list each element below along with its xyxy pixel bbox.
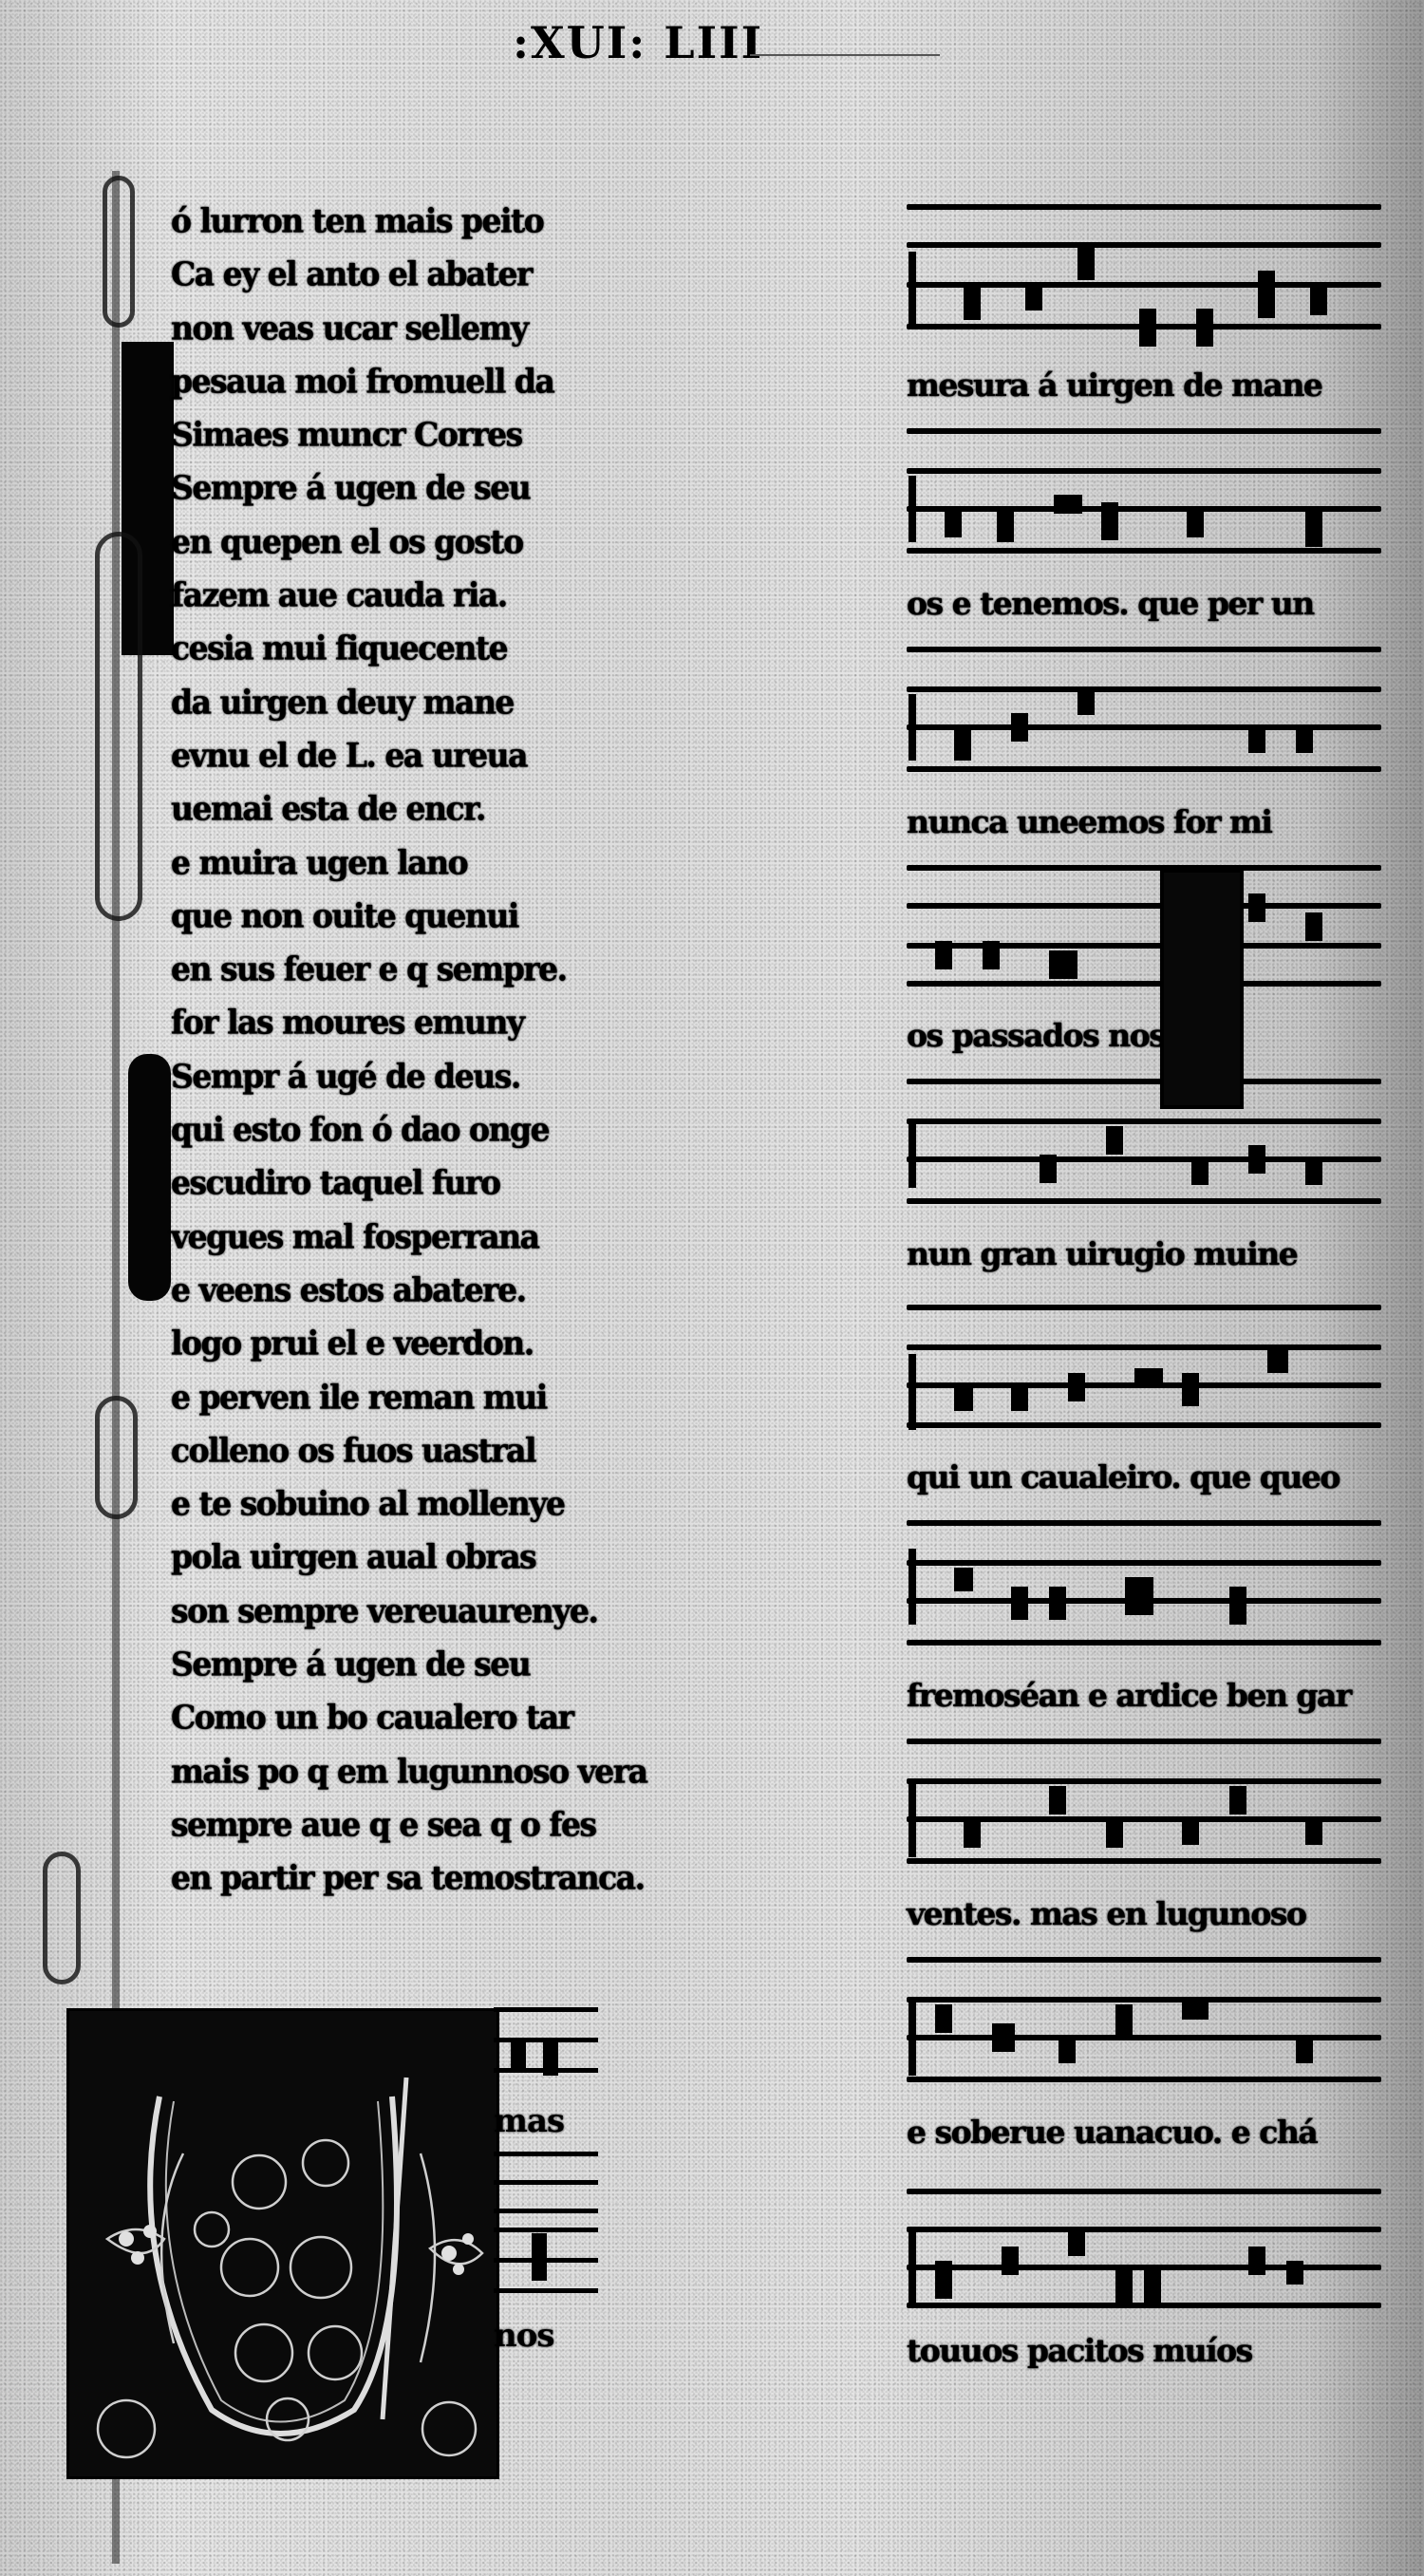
music-staff [494,2224,598,2309]
note-neume-icon [1049,950,1077,979]
lyric-line: fremoséan e ardice ben gar [907,1672,1381,1729]
note-neume-icon [1139,309,1156,347]
text-line: evnu el de L. ea ureua [171,728,617,784]
music-staff [907,1288,1381,1454]
text-line: escudiro taquel furo [171,1156,617,1212]
text-line: fazem aue cauda ria. [171,568,617,624]
header-rule [750,54,940,56]
note-neume-icon [1040,1155,1057,1183]
music-staff [907,1511,1381,1672]
note-neume-icon [532,2233,547,2281]
note-neume-icon [1267,1344,1288,1373]
note-neume-icon [954,1382,973,1411]
music-system: os passados nos un [907,856,1381,1069]
lyric-fragment: nos [494,2315,598,2357]
note-neume-icon [1011,1382,1028,1411]
note-neume-icon [954,727,971,761]
note-neume-icon [1106,1819,1123,1848]
note-neume-icon [964,1819,981,1848]
text-line: e te sobuino al mollenye [171,1476,617,1532]
text-line: Sempr á ugé de deus. [171,1048,617,1104]
note-neume-icon [997,509,1014,542]
text-line: Sempre á ugen de seu [171,461,617,517]
note-neume-icon [1134,1368,1163,1387]
note-neume-icon [1305,1816,1322,1845]
text-line: da uirgen deuy mane [171,674,617,730]
note-neume-icon [964,282,981,320]
text-line: ó lurron ten mais peito [171,194,617,250]
note-neume-icon [1115,2004,1133,2038]
note-neume-icon [1248,1145,1265,1174]
clef-icon [909,2000,916,2076]
clef-icon [909,476,916,542]
note-neume-icon [1002,2247,1019,2275]
text-line: qui esto fon ó dao onge [171,1102,617,1158]
music-staff [494,2003,598,2095]
folio-header: :XUI: LIII [513,21,763,65]
text-line: en sus feuer e q sempre. [171,942,617,998]
mini-staves-column: mas nos [494,2003,598,2357]
note-neume-icon [1011,713,1028,742]
music-system: os e tenemos. que per un [907,419,1381,637]
note-neume-icon [1182,1373,1199,1406]
lyric-line: e soberue uanacuo. e chá [907,2109,1381,2166]
note-neume-icon [1229,1587,1246,1625]
note-neume-icon [511,2038,526,2068]
text-line: en quepen el os gosto [171,514,617,570]
text-line: Simaes muncr Corres [171,407,617,463]
clef-icon [909,1121,916,1188]
text-line: son sempre vereuaurenye. [171,1583,617,1639]
note-neume-icon [1068,1373,1085,1401]
text-line: en partir per sa temostranca. [171,1851,617,1907]
lyric-fragment: mas [494,2100,598,2142]
music-staff [907,2166,1381,2327]
music-staff [907,1947,1381,2109]
margin-ornament-loop [95,532,142,921]
note-neume-icon [1059,2035,1076,2063]
text-line: pesaua moi fromuell da [171,353,617,409]
note-neume-icon [1068,2228,1085,2256]
clef-icon [909,1781,916,1857]
note-neume-icon [1182,1816,1199,1845]
text-line: e veens estos abatere. [171,1263,617,1319]
note-neume-icon [935,2004,952,2033]
note-neume-icon [1106,1126,1123,1155]
text-line: que non ouite quenui [171,888,617,944]
music-staff [907,1729,1381,1890]
note-neume-icon [1248,724,1265,753]
note-neume-icon [543,2038,558,2076]
note-neume-icon [945,509,962,537]
text-line: logo prui el e veerdon. [171,1316,617,1372]
margin-ornament-loop [103,176,135,328]
text-line: Ca ey el anto el abater [171,247,617,303]
note-neume-icon [1196,309,1213,347]
note-neume-icon [1049,1587,1066,1620]
note-neume-icon [1144,2270,1161,2308]
music-staff [907,1069,1381,1231]
music-staff [907,195,1381,362]
text-line: mais po q em lugunnoso vera [171,1743,617,1799]
note-neume-icon [1187,509,1204,537]
margin-ornament-pendant [128,1054,171,1301]
note-neume-icon [1305,912,1322,941]
filigree-initial-icon [69,2011,497,2476]
note-neume-icon [1011,1587,1028,1620]
decorative-vertical-bar [1160,869,1244,1109]
music-system: fremoséan e ardice ben gar [907,1511,1381,1729]
note-neume-icon [1101,502,1118,540]
lyric-line: nunca uneemos for mi [907,799,1381,856]
music-staff [907,856,1381,1012]
note-neume-icon [1182,1997,1209,2020]
note-neume-icon [1054,495,1082,514]
note-neume-icon [1258,271,1275,318]
illuminated-initial [66,2008,499,2479]
text-line: Sempre á ugen de seu [171,1637,617,1693]
note-neume-icon [1305,509,1322,547]
note-neume-icon [1115,2270,1133,2308]
note-neume-icon [1077,242,1095,280]
margin-ornament-loop [95,1396,138,1519]
margin-ornament-loop [43,1852,81,1984]
note-neume-icon [1229,1786,1246,1814]
text-line: for las moures emuny [171,995,617,1051]
lyric-line: nun gran uirugio muine [907,1231,1381,1288]
note-neume-icon [1025,282,1042,310]
note-neume-icon [1286,2261,1303,2285]
music-system: nun gran uirugio muine [907,1069,1381,1288]
note-neume-icon [1049,1786,1066,1814]
clef-icon [909,694,916,761]
music-staff [907,637,1381,799]
note-neume-icon [983,941,1000,969]
music-staff [494,2142,598,2218]
text-line: uemai esta de encr. [171,781,617,837]
text-line: pola uirgen aual obras [171,1530,617,1586]
clef-icon [909,2232,916,2308]
clef-icon [909,1354,916,1430]
note-neume-icon [1310,282,1327,315]
text-line: sempre aue q e sea q o fes [171,1796,617,1852]
note-neume-icon [935,941,952,969]
music-system: qui un caualeiro. que queo [907,1288,1381,1511]
lyric-line: qui un caualeiro. que queo [907,1454,1381,1511]
music-system: ventes. mas en lugunoso [907,1729,1381,1947]
lyric-line: touuos pacitos muíos [907,2327,1381,2384]
note-neume-icon [1296,724,1313,753]
lyric-line: os e tenemos. que per un [907,580,1381,637]
music-system: nunca uneemos for mi [907,637,1381,856]
left-text-column: ó lurron ten mais peito Ca ey el anto el… [171,195,617,1906]
note-neume-icon [992,2023,1015,2052]
clef-icon [909,252,916,328]
music-system: e soberue uanacuo. e chá [907,1947,1381,2166]
text-line: colleno os fuos uastral [171,1422,617,1478]
note-neume-icon [1248,2247,1265,2275]
text-line: e muira ugen lano [171,835,617,891]
lyric-line: os passados nos un [907,1012,1381,1069]
clef-icon [909,1549,916,1625]
lyric-line: mesura á uirgen de mane [907,362,1381,419]
note-neume-icon [1125,1577,1153,1615]
note-neume-icon [1191,1156,1209,1185]
text-line: Como un bo caualero tar [171,1690,617,1746]
note-neume-icon [1296,2035,1313,2063]
note-neume-icon [935,2261,952,2299]
music-column: mesura á uirgen de mane os e tenemos. qu… [907,195,1381,2384]
text-line: cesia mui fiquecente [171,621,617,677]
text-line: vegues mal fosperrana [171,1209,617,1265]
music-system: mesura á uirgen de mane [907,195,1381,419]
note-neume-icon [1077,686,1095,715]
note-neume-icon [1305,1156,1322,1185]
note-neume-icon [954,1568,973,1591]
music-staff [907,419,1381,580]
music-system: touuos pacitos muíos [907,2166,1381,2384]
text-line: non veas ucar sellemy [171,300,617,356]
text-line: e perven ile reman mui [171,1369,617,1425]
note-neume-icon [1248,893,1265,922]
lyric-line: ventes. mas en lugunoso [907,1890,1381,1947]
